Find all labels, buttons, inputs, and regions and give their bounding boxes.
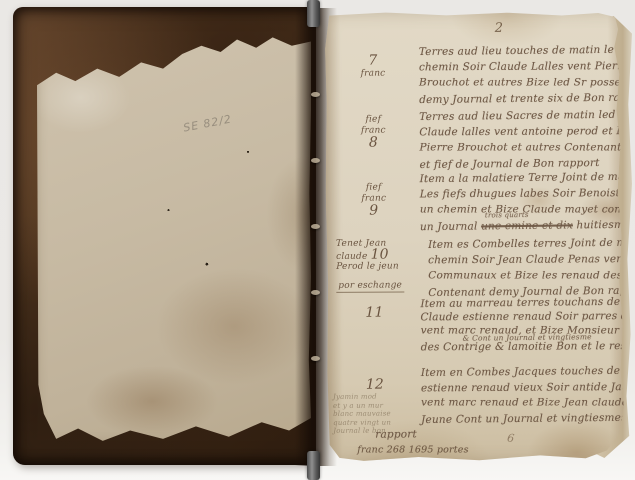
entry-number: 9 <box>328 203 420 219</box>
entry-text: Item a la malatiere Terre Joint de matin… <box>420 168 635 234</box>
entry-margin: fieffranc8 <box>327 108 419 173</box>
margin-note: Perod le jeun <box>336 261 428 272</box>
register-entry-9: fieffranc9Item a la malatiere Terre Join… <box>328 169 628 235</box>
entry-text: Terres aud lieu touches de matin le gran… <box>419 42 635 108</box>
manuscript-line: rapport <box>421 426 635 443</box>
manuscript-line: Brouchot et autres Bize led Sr possesseu… <box>419 75 635 91</box>
binding-cord <box>311 92 320 97</box>
register-entry-11: 11Item au marreau terres touchans de mat… <box>328 295 628 355</box>
manuscript-line: Item en Combes Jacques touches de matin <box>421 363 635 381</box>
left-cover-leather: SE 82/2 <box>13 7 316 465</box>
binding-cord <box>311 290 320 295</box>
manuscript-line: Item es Combelles terres Joint de matin … <box>428 234 635 253</box>
entry-number: 11 <box>328 305 420 321</box>
cradle-rod-bottom <box>307 451 320 480</box>
margin-note: claude 10 <box>336 249 428 262</box>
cradle-rod-top <box>307 0 320 27</box>
right-page: 2 7francTerres aud lieu touches de matin… <box>325 11 632 463</box>
pastedown-paper: SE 82/2 <box>37 27 311 443</box>
margin-note: fief <box>327 114 419 125</box>
entry-number: 12 <box>329 377 421 393</box>
manuscript-line: un Journal une emine et dixtrois quarts … <box>420 216 635 235</box>
manuscript-line: Les fiefs dhugues labes Soir Benoist lab… <box>420 185 635 203</box>
register-entry-8: fieffranc8Terres aud lieu Sacres de mati… <box>327 107 627 173</box>
folio-number: 2 <box>495 21 503 36</box>
entry-text: Item en Combes Jacques touches de matine… <box>421 364 635 459</box>
register-entry-7: 7francTerres aud lieu touches de matin l… <box>327 42 627 108</box>
entry-number: 8 <box>327 135 419 151</box>
entry-margin: Tenet Jeanclaude 10Perod le jeunpor esch… <box>328 236 428 301</box>
register-entry-12: 12Jyamin modet y a un murblanc mauvaiseq… <box>329 364 630 459</box>
manuscript-line: Terres aud lieu Sacres de matin led chem… <box>419 106 635 125</box>
manuscript-line: Pierre Brouchot et autres Contenant troi… <box>419 140 635 156</box>
entry-margin: 7franc <box>327 43 419 108</box>
binding-cord <box>311 158 320 163</box>
entry-text: Terres aud lieu Sacres de matin led chem… <box>419 107 635 173</box>
margin-note: franc <box>327 68 419 79</box>
manuscript-line: Communaux et Bize les renaud des Coulege… <box>428 268 635 284</box>
manuscript-line: chemin Soir Claude Lalles vent Pierre —— <box>419 58 635 76</box>
manuscript-line: vent marc renaud et Bize Jean claude per… <box>421 396 635 411</box>
manuscript-line: demy Journal et trente six de Bon rappor… <box>419 89 635 108</box>
register-entry-10: Tenet Jeanclaude 10Perod le jeunpor esch… <box>328 235 628 301</box>
manuscript-line: Jeune Cont un Journal et vingtiesmes de … <box>421 410 635 428</box>
entry-text: Item es Combelles terres Joint de matin … <box>428 235 635 301</box>
entry-text: Item au marreau terres touchans de matin… <box>420 295 635 355</box>
entry-number: 7 <box>327 53 419 69</box>
entry-margin: fieffranc9 <box>328 170 420 235</box>
manuscript-line: Item au marreau terres touchans de matin <box>420 294 635 311</box>
margin-note: fief <box>328 182 420 193</box>
binding-cord <box>311 356 320 361</box>
manuscript-line: Item a la malatiere Terre Joint de matin <box>420 168 635 187</box>
shelfmark-pencil: SE 82/2 <box>182 112 233 134</box>
manuscript-line: Terres aud lieu touches de matin le gran… <box>419 41 635 60</box>
book-scan: SE 82/2 2 7francTerres aud lieu touches … <box>0 0 635 480</box>
manuscript-line: chemin Soir Jean Claude Penas vent les <box>428 251 635 269</box>
entries-layer: 7francTerres aud lieu touches de matin l… <box>325 11 629 13</box>
manuscript-line: Claude lalles vent antoine perod et Bize… <box>419 123 635 141</box>
margin-note: por eschange <box>336 280 404 293</box>
manuscript-line: Claude estienne renaud Soir parres des r… <box>420 309 635 325</box>
entry-margin: 11 <box>328 296 420 355</box>
manuscript-line: estienne renaud vieux Soir antide Jacque… <box>421 379 635 396</box>
binding-cord <box>311 224 320 229</box>
